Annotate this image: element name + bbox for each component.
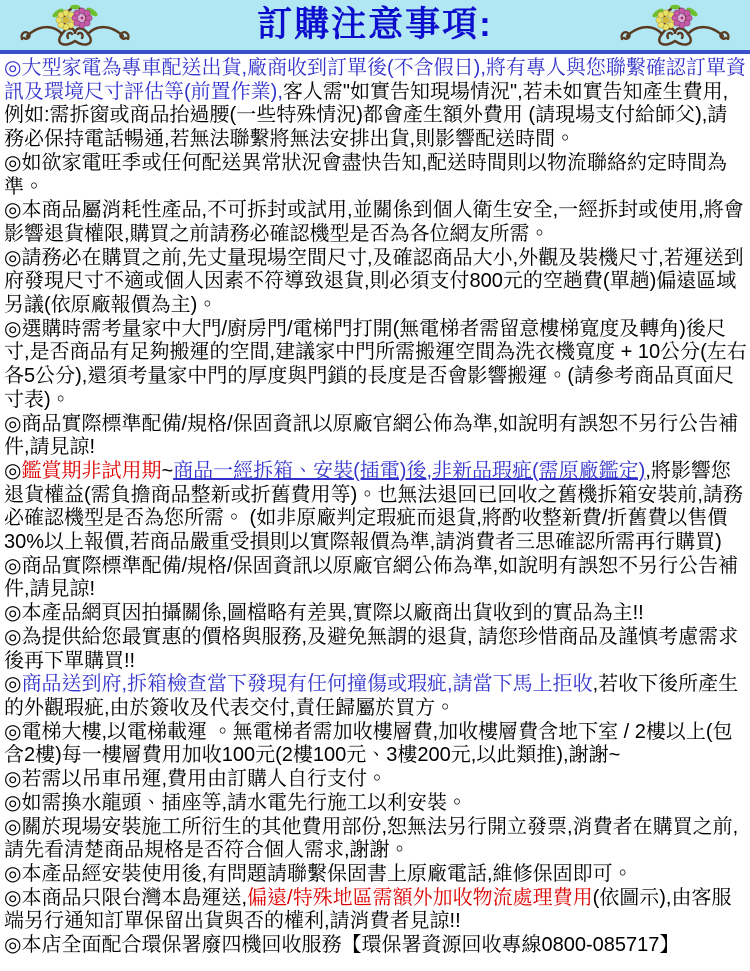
notice-text-segment: ◎為提供給您最實惠的價格與服務,及避免無謂的退貨, 請您珍惜商品及謹慎考慮需求後… xyxy=(4,626,738,672)
notice-text-segment: ◎商品實際標準配備/規格/保固資訊以原廠官網公佈為準,如說明有誤恕不另行公告補件… xyxy=(4,555,738,601)
flower-ornament-left-icon xyxy=(16,3,134,47)
notice-item: ◎若需以吊車吊運,費用由訂購人自行支付。 xyxy=(4,768,747,792)
notice-text-segment: ◎如欲家電旺季或任何配送異常狀況會盡快告知,配送時間則以物流聯絡約定時間為準。 xyxy=(4,152,727,198)
notice-text-segment: ◎本店全面配合環保署廢四機回收服務【環保署資源回收專線0800-085717】 xyxy=(4,934,679,956)
notice-item: ◎如需換水龍頭、插座等,請水電先行施工以利安裝。 xyxy=(4,792,747,816)
notice-list: ◎大型家電為專車配送出貨,廠商收到訂單後(不含假日),將有專人與您聯繫確認訂單資… xyxy=(0,54,750,958)
notice-item: ◎大型家電為專車配送出貨,廠商收到訂單後(不含假日),將有專人與您聯繫確認訂單資… xyxy=(4,57,747,152)
notice-item: ◎商品實際標準配備/規格/保固資訊以原廠官網公佈為準,如說明有誤恕不另行公告補件… xyxy=(4,413,747,460)
notice-text-segment: ◎本產品網頁因拍攝關係,圖檔略有差異,實際以廠商出貨收到的實品為主!! xyxy=(4,602,644,624)
notice-item: ◎本商品屬消耗性產品,不可拆封或試用,並關係到個人衛生安全,一經拆封或使用,將會… xyxy=(4,199,747,246)
notice-text-segment: ◎本商品只限台灣本島運送, xyxy=(4,887,247,909)
notice-text-segment: ◎選購時需考量家中大門/廚房門/電梯門打開(無電梯者需留意樓梯寬度及轉角)後尺寸… xyxy=(4,318,747,411)
notice-text-segment: ◎商品實際標準配備/規格/保固資訊以原廠官網公佈為準,如說明有誤恕不另行公告補件… xyxy=(4,413,738,459)
notice-text-segment: ◎如需換水龍頭、插座等,請水電先行施工以利安裝。 xyxy=(4,792,467,814)
notice-item: ◎本店全面配合環保署廢四機回收服務【環保署資源回收專線0800-085717】 xyxy=(4,934,747,958)
notice-item: ◎商品實際標準配備/規格/保固資訊以原廠官網公佈為準,如說明有誤恕不另行公告補件… xyxy=(4,555,747,602)
notice-text-segment: 偏遠/特殊地區需額外加收物流處理費用 xyxy=(247,887,593,909)
notice-text-segment: 商品一經拆箱、安裝(插電)後,非新品瑕疵(需原廠鑑定) xyxy=(173,460,645,482)
notice-text-segment: 商品送到府,拆箱檢查當下發現有任何撞傷或瑕疵,請當下馬上拒收 xyxy=(21,673,592,695)
notice-item: ◎如欲家電旺季或任何配送異常狀況會盡快告知,配送時間則以物流聯絡約定時間為準。 xyxy=(4,152,747,199)
notice-text-segment: ◎ xyxy=(4,673,21,695)
notice-text-segment: 鑑賞期非試用期 xyxy=(21,460,161,482)
notice-item: ◎鑑賞期非試用期~商品一經拆箱、安裝(插電)後,非新品瑕疵(需原廠鑑定),將影響… xyxy=(4,460,747,555)
notice-text-segment: ◎ xyxy=(4,460,21,482)
flower-ornament-right-icon xyxy=(616,3,734,47)
notice-text-segment: ◎電梯大樓,以電梯載運 。無電梯者需加收樓層費,加收樓層費含地下室 / 2樓以上… xyxy=(4,721,733,767)
notice-item: ◎電梯大樓,以電梯載運 。無電梯者需加收樓層費,加收樓層費含地下室 / 2樓以上… xyxy=(4,721,747,768)
notice-text-segment: ◎本產品經安裝使用後,有問題請聯繫保固書上原廠電話,維修保固即可。 xyxy=(4,863,633,885)
notice-text-segment: ◎若需以吊車吊運,費用由訂購人自行支付。 xyxy=(4,768,387,790)
notice-text-segment: ◎本商品屬消耗性產品,不可拆封或試用,並關係到個人衛生安全,一經拆封或使用,將會… xyxy=(4,199,744,245)
notice-item: ◎選購時需考量家中大門/廚房門/電梯門打開(無電梯者需留意樓梯寬度及轉角)後尺寸… xyxy=(4,318,747,413)
notice-text-segment: ~ xyxy=(161,460,173,482)
notice-item: ◎本產品網頁因拍攝關係,圖檔略有差異,實際以廠商出貨收到的實品為主!! xyxy=(4,602,747,626)
notice-item: ◎為提供給您最實惠的價格與服務,及避免無謂的退貨, 請您珍惜商品及謹慎考慮需求後… xyxy=(4,626,747,673)
page-header: 訂購注意事項: xyxy=(0,0,750,54)
notice-item: ◎請務必在購買之前,先丈量現場空間尺寸,及確認商品大小,外觀及裝機尺寸,若運送到… xyxy=(4,247,747,318)
notice-text-segment: ◎關於現場安裝施工所衍生的其他費用部份,恕無法另行開立發票,消費者在購買之前,請… xyxy=(4,816,738,862)
notice-item: ◎本商品只限台灣本島運送,偏遠/特殊地區需額外加收物流處理費用(依圖示),由客服… xyxy=(4,887,747,934)
notice-item: ◎商品送到府,拆箱檢查當下發現有任何撞傷或瑕疵,請當下馬上拒收,若收下後所產生的… xyxy=(4,673,747,720)
notice-item: ◎關於現場安裝施工所衍生的其他費用部份,恕無法另行開立發票,消費者在購買之前,請… xyxy=(4,816,747,863)
notice-text-segment: ◎請務必在購買之前,先丈量現場空間尺寸,及確認商品大小,外觀及裝機尺寸,若運送到… xyxy=(4,247,744,316)
notice-item: ◎本產品經安裝使用後,有問題請聯繫保固書上原廠電話,維修保固即可。 xyxy=(4,863,747,887)
